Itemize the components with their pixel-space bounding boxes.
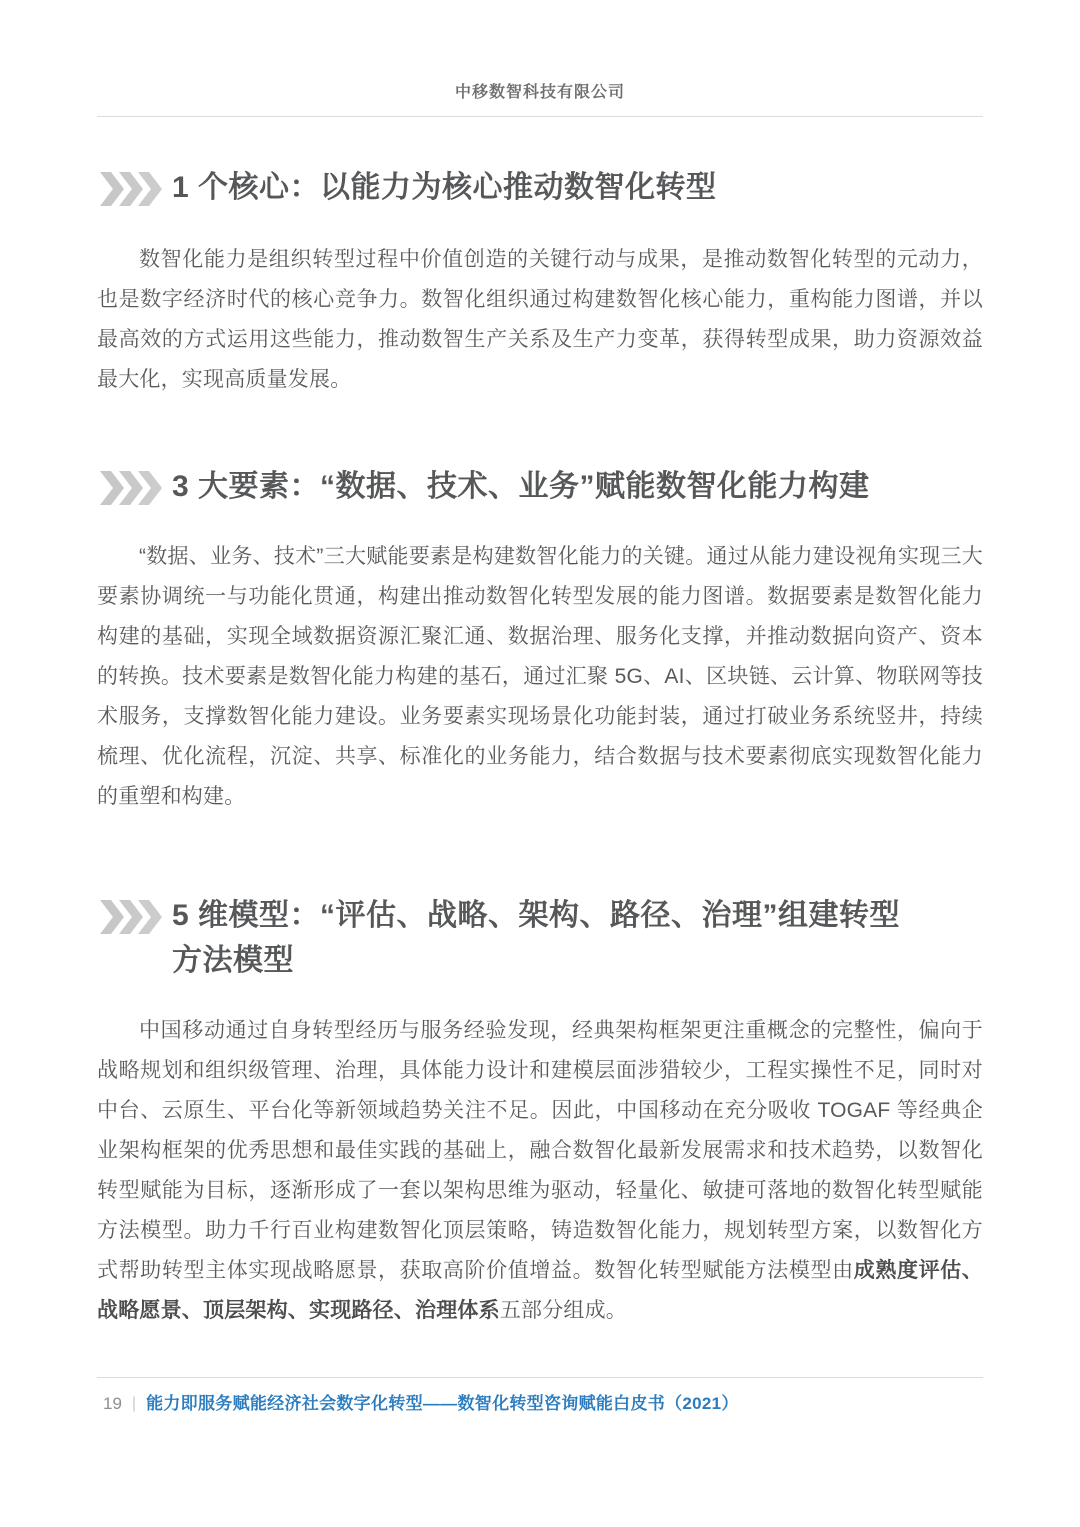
section-heading-text: 3 大要素：“数据、技术、业务”赋能数智化能力构建 <box>172 464 870 509</box>
paragraph-text-post: 五部分组成。 <box>500 1299 627 1322</box>
section-heading-text: 5 维模型：“评估、战略、架构、路径、治理”组建转型方法模型 <box>172 893 924 983</box>
footer-book-title: 能力即服务赋能经济社会数字化转型——数智化转型咨询赋能白皮书（2021） <box>146 1392 739 1416</box>
document-page: 中移数智科技有限公司 1 个核心：以能力为核心推动数智化转型 数智化能力是组织转… <box>0 0 1080 1527</box>
paragraph-text-pre: 中国移动通过自身转型经历与服务经验发现，经典架构框架更注重概念的完整性，偏向于战… <box>97 1019 983 1282</box>
page-footer: 19 | 能力即服务赋能经济社会数字化转型——数智化转型咨询赋能白皮书（2021… <box>97 1365 983 1527</box>
section-heading: 5 维模型：“评估、战略、架构、路径、治理”组建转型方法模型 <box>97 893 983 983</box>
section-elements: 3 大要素：“数据、技术、业务”赋能数智化能力构建 “数据、业务、技术”三大赋能… <box>97 464 983 817</box>
triple-chevron-icon <box>100 900 162 934</box>
header-company-name: 中移数智科技有限公司 <box>97 82 983 104</box>
page-number: 19 <box>103 1392 122 1416</box>
body-paragraph: 数智化能力是组织转型过程中价值创造的关键行动与成果，是推动数智化转型的元动力，也… <box>97 240 983 400</box>
footer-separator: | <box>132 1392 136 1416</box>
header-divider <box>97 116 983 117</box>
section-heading-text: 1 个核心：以能力为核心推动数智化转型 <box>172 165 717 210</box>
footer-divider <box>97 1377 983 1378</box>
body-paragraph: “数据、业务、技术”三大赋能要素是构建数智化能力的关键。通过从能力建设视角实现三… <box>97 537 983 817</box>
section-core: 1 个核心：以能力为核心推动数智化转型 数智化能力是组织转型过程中价值创造的关键… <box>97 165 983 400</box>
triple-chevron-icon <box>100 172 162 206</box>
section-heading: 1 个核心：以能力为核心推动数智化转型 <box>97 165 983 210</box>
section-heading: 3 大要素：“数据、技术、业务”赋能数智化能力构建 <box>97 464 983 509</box>
footer-row: 19 | 能力即服务赋能经济社会数字化转型——数智化转型咨询赋能白皮书（2021… <box>103 1392 983 1416</box>
section-model: 5 维模型：“评估、战略、架构、路径、治理”组建转型方法模型 中国移动通过自身转… <box>97 893 983 1331</box>
body-paragraph: 中国移动通过自身转型经历与服务经验发现，经典架构框架更注重概念的完整性，偏向于战… <box>97 1011 983 1331</box>
triple-chevron-icon <box>100 471 162 505</box>
